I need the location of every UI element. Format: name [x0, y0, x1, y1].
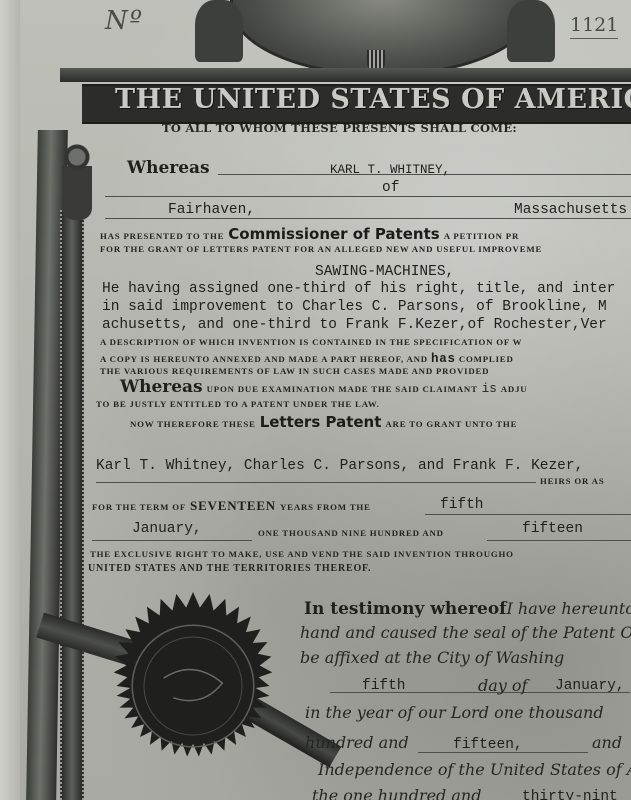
description-line-3: the various requirements of Law in such … [100, 366, 489, 376]
document-subtitle: TO ALL TO WHOM THESE PRESENTS SHALL COME… [162, 121, 517, 135]
testimony-heading: In testimony whereof [304, 599, 507, 619]
allegorical-figure-right [507, 0, 555, 62]
fill-line [96, 482, 536, 483]
inventor-name: KARL T. WHITNEY, [330, 163, 450, 177]
testimony-line-2: hand and caused the seal of the Patent O [300, 623, 631, 642]
testimony-line-6-suffix: and [592, 733, 622, 752]
assignment-line-2: in said improvement to Charles C. Parson… [102, 299, 607, 315]
fill-line [487, 540, 631, 541]
seal-icon [95, 590, 291, 786]
exclusive-right-line-1: the exclusive right to make, use and ven… [90, 549, 514, 559]
testimony-line-6-prefix: hundred and [305, 733, 409, 752]
fill-line [92, 540, 252, 541]
testimony-ordinal-year: thirty-nint [522, 789, 618, 800]
commissioner-of-patents: Commissioner of Patents [228, 225, 439, 243]
assignment-line-3: achusetts, and one-third to Frank F.Keze… [102, 317, 607, 333]
whereas-label: Whereas [127, 158, 210, 178]
testimony-line-5: in the year of our Lord one thousand [305, 703, 604, 722]
paper-edge [0, 0, 20, 800]
patent-office-seal [95, 590, 291, 786]
has-presented-line: has presented to the Commissioner of Pat… [100, 225, 519, 244]
inventor-state: Massachusetts [514, 202, 627, 218]
testimony-line-8-prefix: the one hundred and [312, 786, 481, 800]
column-ornament [62, 130, 92, 220]
testimony-line-7: Independence of the United States of A [318, 760, 631, 779]
header-engraving [185, 0, 565, 72]
heirs-label: heirs or as [540, 476, 605, 486]
year-text: one thousand nine hundred and [258, 528, 444, 538]
examination-line: Whereas upon due examination made the sa… [120, 377, 527, 397]
invention-title: SAWING-MACHINES, [315, 264, 454, 280]
fill-line [105, 218, 631, 219]
testimony-day: fifth [362, 678, 406, 694]
letters-patent: Letters Patent [260, 413, 382, 431]
term-length: SEVENTEEN [190, 498, 276, 513]
exclusive-right-line-2: United States and the Territories thereo… [88, 563, 371, 574]
of-label: of [382, 180, 399, 196]
assignment-line-1: He having assigned one-third of his righ… [102, 281, 615, 297]
document-title: THE UNITED STATES OF AMERICA [115, 84, 631, 115]
testimony-month: January, [555, 678, 625, 694]
testimony-year: fifteen, [453, 737, 523, 753]
grant-line: for the grant of Letters Patent for an a… [100, 244, 542, 254]
patent-document: Nº 1121 THE UNITED STATES OF AMERICA TO … [0, 0, 631, 800]
serial-number: 1121 [570, 14, 618, 39]
grant-year: fifteen [522, 521, 583, 537]
term-line: for the term of SEVENTEEN years from the [92, 497, 371, 515]
examination-line-2: to be justly entitled to a patent under … [96, 399, 380, 409]
inventor-city: Fairhaven, [168, 202, 255, 218]
description-line-2: a copy is hereunto annexed and made a pa… [100, 352, 514, 366]
is-fill: is [482, 382, 497, 396]
now-therefore-line: Now therefore these Letters Patent are t… [130, 413, 517, 432]
fill-line [425, 514, 631, 515]
serial-prefix: Nº [105, 6, 144, 36]
grantees: Karl T. Whitney, Charles C. Parsons, and… [96, 458, 583, 474]
whereas-label-2: Whereas [120, 377, 203, 397]
ribbon-border [60, 210, 84, 800]
testimony-line-3: be affixed at the City of Washing [300, 648, 564, 667]
fill-line [105, 196, 631, 197]
grant-month: January, [132, 521, 202, 537]
description-line-1: a description of which invention is cont… [100, 337, 522, 347]
grant-day: fifth [440, 497, 484, 513]
banner-cornice [60, 68, 631, 82]
testimony-line-1: In testimony whereofI have hereunto se [304, 599, 631, 619]
allegorical-figure-left [195, 0, 243, 62]
day-of-label: day of [478, 676, 527, 695]
